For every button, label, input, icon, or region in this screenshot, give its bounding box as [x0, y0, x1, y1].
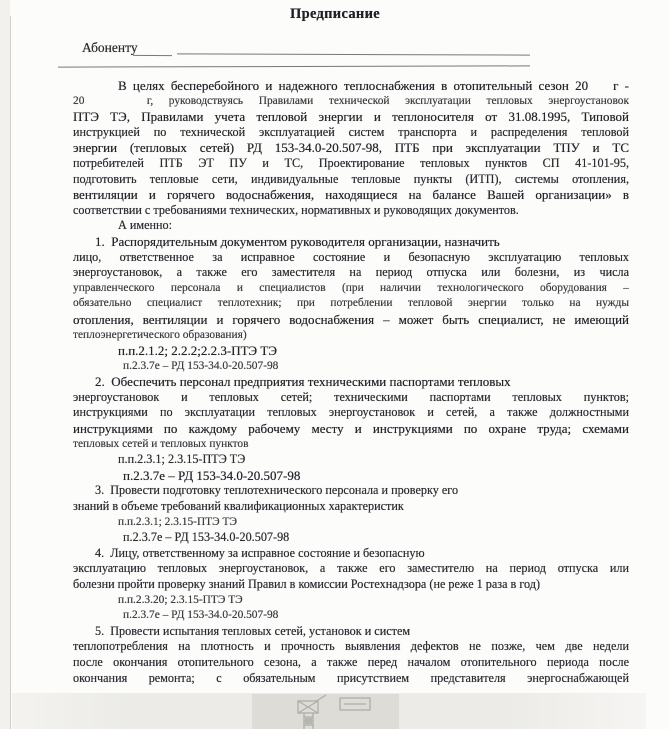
text-line: лицо, ответственное за исправное состоян… [73, 250, 629, 266]
scan-artifact [252, 694, 399, 729]
text-line: п.2.3.7е – РД 153-34.0-20.507-98 [73, 359, 629, 375]
text-line: окончания ремонта; с обязательным присут… [73, 671, 629, 687]
text-line: инструкциями по эксплуатации тепловых эн… [73, 405, 629, 421]
document-body: В целях бесперебойного и надежного тепло… [73, 78, 629, 686]
artifact-sketch [252, 694, 399, 729]
text-line: 4. Лицу, ответственному за исправное сос… [73, 546, 629, 562]
text-line: теплоэнергетического образования) [73, 328, 629, 344]
text-line: 20 г, руководствуясь Правилами техническ… [73, 94, 629, 110]
text-line: энергоустановок, а также его заместителя… [73, 265, 629, 281]
text-line: отопления, вентиляции и горячего водосна… [73, 312, 629, 328]
text-line: после окончания отопительного сезона, а … [73, 655, 629, 671]
text-line: тепловых сетей и тепловых пунктов [73, 437, 629, 453]
text-line: п.2.3.7е – РД 153-34.0-20.507-98 [73, 530, 629, 546]
text-line: обязательно специалист теплотехник; при … [73, 296, 629, 312]
abonent-blank-short [133, 55, 172, 56]
text-line: ПТЭ ТЭ, Правилами учета тепловой энергии… [73, 109, 629, 125]
text-line: инструкциями по каждому рабочему месту и… [73, 421, 629, 437]
text-line: В целях бесперебойного и надежного тепло… [73, 78, 629, 94]
text-line: энергии (тепловых сетей) РД 153-34.0-20.… [73, 140, 629, 156]
scan-band [12, 693, 646, 729]
abonent-blank-row2 [58, 65, 530, 67]
text-line: энергоустановок и тепловых сетей; технич… [73, 390, 629, 406]
text-line: теплопотребления на плотность и прочност… [73, 639, 629, 655]
text-line: потребителей ПТБ ЭТ ПУ и ТС, Проектирова… [73, 156, 629, 172]
text-line: 2. Обеспечить персонал предприятия техни… [73, 374, 629, 390]
text-line: п.п.2.3.1; 2.3.15-ПТЭ ТЭ [73, 452, 629, 468]
text-line: 3. Провести подготовку теплотехнического… [73, 483, 629, 499]
text-line: болезни пройти проверку знаний Правил в … [73, 577, 629, 593]
text-line: эксплуатацию тепловых энергоустановок, а… [73, 561, 629, 577]
text-line: п.п.2.1.2; 2.2.2;2.2.3-ПТЭ ТЭ [73, 343, 629, 359]
text-line: подготовить тепловые сети, индивидуальны… [73, 172, 629, 188]
text-line: 1. Распорядительным документом руководит… [73, 234, 629, 250]
text-line: 5. Провести испытания тепловых сетей, ус… [73, 624, 629, 640]
text-line: вентиляции и горячего водоснабжения, нах… [73, 187, 629, 203]
document-page: Предписание Абоненту В целях бесперебойн… [0, 0, 670, 729]
text-line: знаний в объеме требований квалификацион… [73, 499, 629, 515]
abonent-label: Абоненту [82, 40, 138, 56]
text-line: п.2.3.7е – РД 153-34.0-20.507-98 [73, 608, 629, 624]
text-line: управленческого персонала и специалистов… [73, 281, 629, 297]
scan-left-margin [0, 0, 10, 729]
text-line: соответствии с требованиями технических,… [73, 203, 629, 219]
scan-page-edge [10, 16, 11, 729]
text-line: п.п.2.3.1; 2.3.15-ПТЭ ТЭ [73, 515, 629, 531]
text-line: А именно: [73, 218, 629, 234]
abonent-blank-long [177, 53, 530, 55]
page-title: Предписание [0, 6, 670, 23]
text-line: п.2.3.7е – РД 153-34.0-20.507-98 [73, 468, 629, 484]
text-line: п.п.2.3.20; 2.3.15-ПТЭ ТЭ [73, 593, 629, 609]
text-line: инструкцией по технической эксплуатацией… [73, 125, 629, 141]
